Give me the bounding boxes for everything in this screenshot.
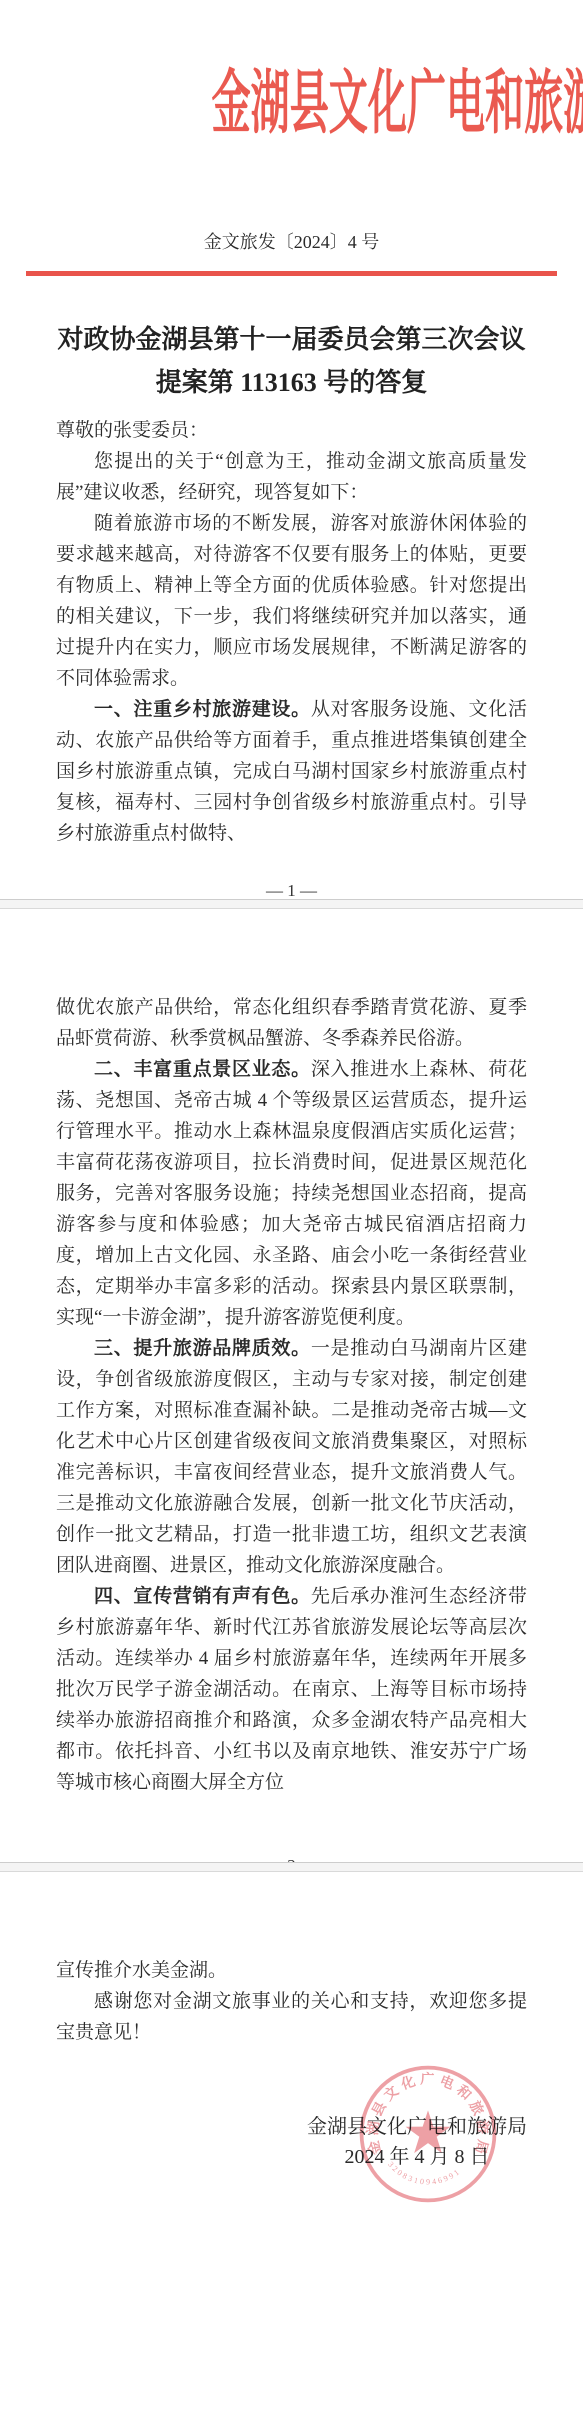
body-paragraph: 四、宣传营销有声有色。先后承办淮河生态经济带乡村旅游嘉年华、新时代江苏省旅游发展…: [56, 1581, 527, 1798]
page-3: 宣传推介水美金湖。感谢您对金湖文旅事业的关心和支持，欢迎您多提宝贵意见！ 金湖县…: [0, 1872, 583, 2423]
page-2: 做优农旅产品供给，常态化组织春季踏青赏花游、夏季品虾赏荷游、秋季赏枫品蟹游、冬季…: [0, 909, 583, 1862]
official-document: 金湖县文化广电和旅游局文件 金文旅发〔2024〕4 号 对政协金湖县第十一届委员…: [0, 0, 583, 2423]
letterhead-banner: 金湖县文化广电和旅游局文件: [56, 0, 527, 162]
section-heading: 三、提升旅游品牌质效。: [94, 1338, 311, 1359]
body-paragraph: 三、提升旅游品牌质效。一是推动白马湖南片区建设，争创省级旅游度假区，主动与专家对…: [56, 1333, 527, 1581]
signature-block: 金湖县文化广电和旅游局 2024 年 4 月 8 日: [56, 2112, 527, 2172]
body-paragraph: 二、丰富重点景区业态。深入推进水上森林、荷花荡、尧想国、尧帝古城 4 个等级景区…: [56, 1054, 527, 1333]
document-number: 金文旅发〔2024〕4 号: [56, 232, 527, 252]
page-1: 金湖县文化广电和旅游局文件 金文旅发〔2024〕4 号 对政协金湖县第十一届委员…: [0, 0, 583, 899]
letterhead-org-title: 金湖县文化广电和旅游局文件: [212, 64, 583, 144]
section-heading: 二、丰富重点景区业态。: [94, 1059, 311, 1080]
page-3-body: 宣传推介水美金湖。感谢您对金湖文旅事业的关心和支持，欢迎您多提宝贵意见！: [56, 1955, 527, 2048]
page-separator: [0, 1862, 583, 1872]
page-separator: [0, 899, 583, 909]
body-paragraph: 宣传推介水美金湖。: [56, 1955, 527, 1986]
signature-org: 金湖县文化广电和旅游局: [307, 2112, 527, 2142]
signature-date: 2024 年 4 月 8 日: [307, 2142, 527, 2172]
body-paragraph: 您提出的关于“创意为王，推动金湖文旅高质量发展”建议收悉，经研究，现答复如下：: [56, 446, 527, 508]
body-paragraph: 做优农旅产品供给，常态化组织春季踏青赏花游、夏季品虾赏荷游、秋季赏枫品蟹游、冬季…: [56, 992, 527, 1054]
body-paragraph: 尊敬的张雯委员：: [56, 415, 527, 446]
document-title-line1: 对政协金湖县第十一届委员会第三次会议: [56, 318, 527, 361]
body-paragraph: 一、注重乡村旅游建设。从对客服务设施、文化活动、农旅产品供给等方面着手，重点推进…: [56, 694, 527, 849]
document-title: 对政协金湖县第十一届委员会第三次会议 提案第 113163 号的答复: [56, 318, 527, 404]
page-2-number: — 2 —: [56, 1856, 527, 1862]
letterhead-rule: [26, 271, 557, 276]
body-paragraph: 感谢您对金湖文旅事业的关心和支持，欢迎您多提宝贵意见！: [56, 1986, 527, 2048]
page-1-number: — 1 —: [56, 881, 527, 899]
page-1-body: 尊敬的张雯委员：您提出的关于“创意为王，推动金湖文旅高质量发展”建议收悉，经研究…: [56, 415, 527, 849]
body-paragraph: 随着旅游市场的不断发展，游客对旅游休闲体验的要求越来越高，对待游客不仅要有服务上…: [56, 508, 527, 694]
section-heading: 一、注重乡村旅游建设。: [94, 699, 311, 720]
page-2-body: 做优农旅产品供给，常态化组织春季踏青赏花游、夏季品虾赏荷游、秋季赏枫品蟹游、冬季…: [56, 992, 527, 1798]
document-title-line2: 提案第 113163 号的答复: [56, 361, 527, 404]
section-heading: 四、宣传营销有声有色。: [94, 1586, 311, 1607]
